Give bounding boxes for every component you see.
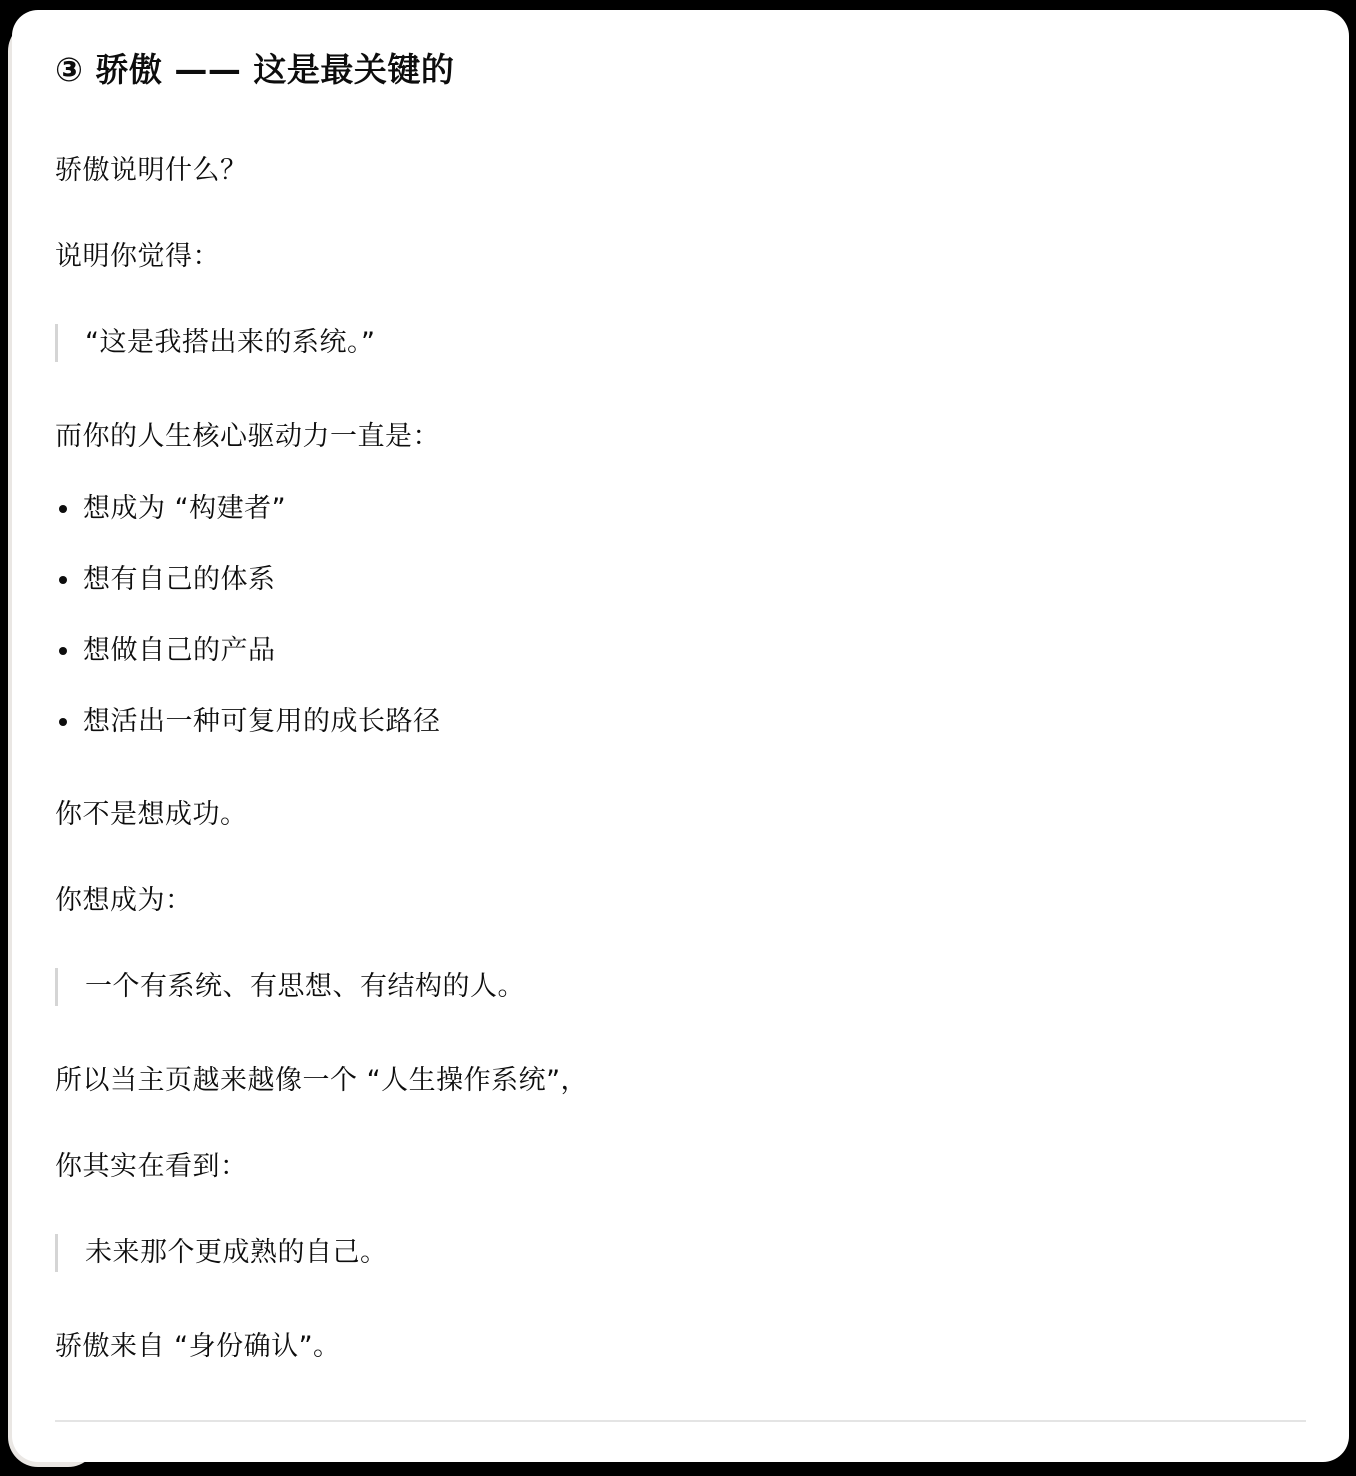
drive-list: 想成为 “构建者” 想有自己的体系 想做自己的产品 想活出一种可复用的成长路径 [55, 490, 1306, 741]
paragraph-not-success: 你不是想成功。 [55, 796, 1306, 834]
list-item-label: 想成为 “构建者” [83, 490, 286, 528]
list-item: 想活出一种可复用的成长路径 [55, 703, 1306, 741]
quote-future-self: 未来那个更成熟的自己。 [55, 1234, 1306, 1272]
paragraph-pride-question: 骄傲说明什么？ [55, 152, 1306, 190]
message-card: ③ 骄傲 —— 这是最关键的 骄傲说明什么？ 说明你觉得： “这是我搭出来的系统… [12, 10, 1349, 1462]
list-item-label: 想活出一种可复用的成长路径 [83, 703, 441, 741]
section-divider [55, 1420, 1306, 1422]
quote-structured-person: 一个有系统、有思想、有结构的人。 [55, 968, 1306, 1006]
bullet-dot-icon [59, 718, 67, 726]
list-item-label: 想做自己的产品 [83, 632, 276, 670]
list-item: 想成为 “构建者” [55, 490, 1306, 528]
paragraph-identity-confirm: 骄傲来自 “身份确认”。 [55, 1328, 1306, 1366]
bullet-dot-icon [59, 647, 67, 655]
quote-my-system: “这是我搭出来的系统。” [55, 324, 1306, 362]
paragraph-actually-seeing: 你其实在看到： [55, 1148, 1306, 1186]
bullet-dot-icon [59, 505, 67, 513]
paragraph-you-feel: 说明你觉得： [55, 238, 1306, 276]
paragraph-you-want-to-be: 你想成为： [55, 882, 1306, 920]
list-item: 想有自己的体系 [55, 561, 1306, 599]
list-item-label: 想有自己的体系 [83, 561, 276, 599]
section-heading: ③ 骄傲 —— 这是最关键的 [55, 48, 1306, 92]
list-item: 想做自己的产品 [55, 632, 1306, 670]
paragraph-core-drive: 而你的人生核心驱动力一直是： [55, 418, 1306, 456]
paragraph-life-os: 所以当主页越来越像一个 “人生操作系统”， [55, 1062, 1306, 1100]
bullet-dot-icon [59, 576, 67, 584]
